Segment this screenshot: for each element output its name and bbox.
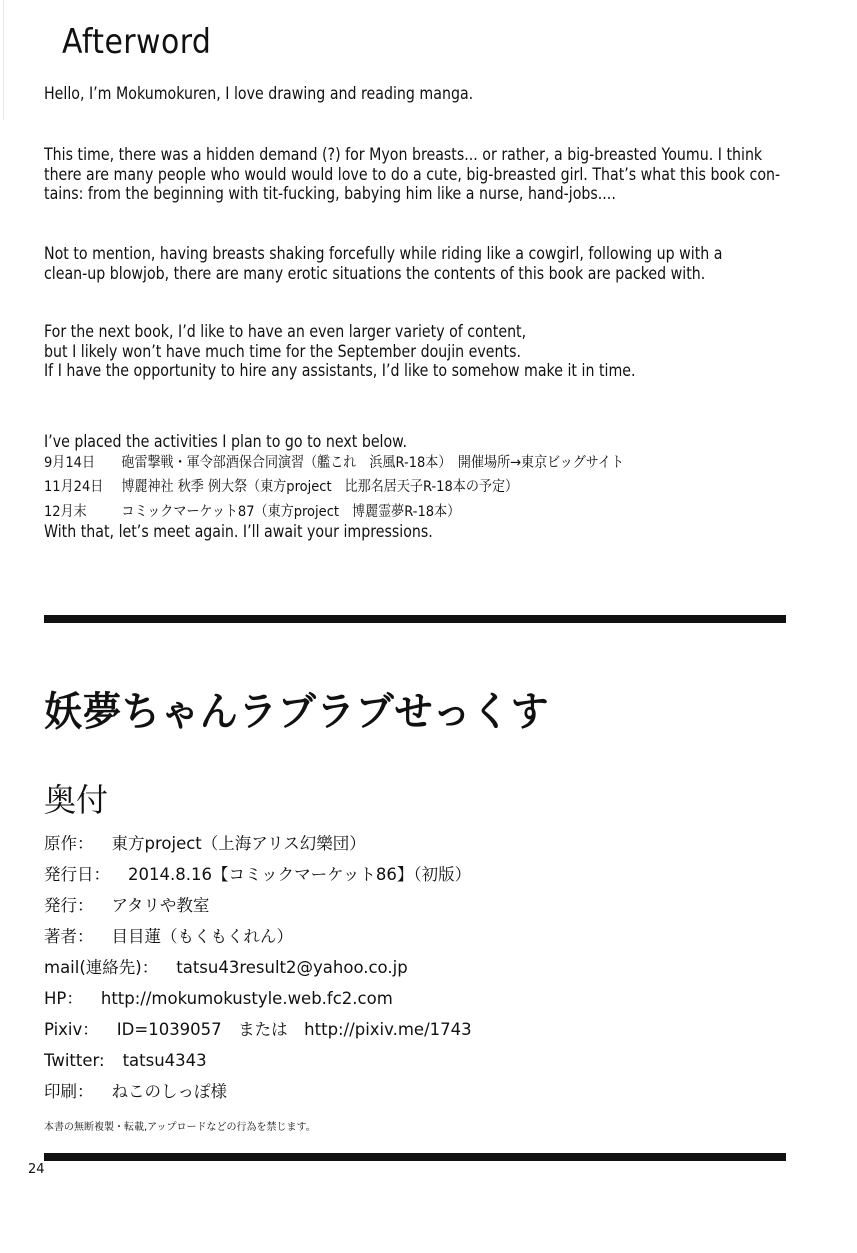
- event-text: 博麗神社 秋季 例大祭（東方project 比那名居天子R-18本の予定）: [121, 479, 518, 495]
- afterword-paragraph-1: Hello, I’m Mokumokuren, I love drawing a…: [44, 84, 473, 104]
- event-schedule: 9月14日砲雷撃戦・軍令部酒保合同演習（艦これ 浜風R-18本） 開催場所→東京…: [44, 452, 624, 524]
- page-edge: [0, 0, 4, 120]
- text-line: For the next book, I’d like to have an e…: [44, 322, 636, 342]
- text-line: but I likely won’t have much time for th…: [44, 342, 636, 362]
- text-line: there are many people who would would lo…: [44, 165, 780, 185]
- colophon-value: 目目蓮（もくもくれん）: [112, 927, 294, 946]
- event-text: コミックマーケット87（東方project 博麗霊夢R-18本）: [121, 504, 460, 520]
- event-date: 12月末: [44, 500, 121, 524]
- afterword-paragraph-2: This time, there was a hidden demand (?)…: [44, 145, 780, 204]
- colophon-value: ねこのしっぽ様: [112, 1082, 228, 1101]
- colophon-value: アタリや教室: [112, 896, 210, 915]
- colophon-value: tatsu4343: [123, 1051, 207, 1070]
- colophon-row-author: 著者：目目蓮（もくもくれん）: [44, 921, 472, 952]
- colophon-label: 著者：: [44, 921, 94, 952]
- text-line: tains: from the beginning with tit-fucki…: [44, 184, 780, 204]
- event-text: 砲雷撃戦・軍令部酒保合同演習（艦これ 浜風R-18本） 開催場所→東京ビッグサイ…: [121, 455, 624, 471]
- colophon-value: ID=1039057 または http://pixiv.me/1743: [117, 1020, 472, 1039]
- colophon-heading: 奥付: [44, 775, 108, 821]
- colophon-row-printer: 印刷：ねこのしっぽ様: [44, 1076, 472, 1107]
- colophon-row-pixiv: Pixiv：ID=1039057 または http://pixiv.me/174…: [44, 1014, 472, 1045]
- section-divider: [44, 615, 786, 623]
- text-line: clean-up blowjob, there are many erotic …: [44, 264, 722, 284]
- afterword-paragraph-3: Not to mention, having breasts shaking f…: [44, 244, 722, 283]
- colophon-value: tatsu43result2@yahoo.co.jp: [176, 958, 407, 977]
- colophon-row-homepage: HP：http://mokumokustyle.web.fc2.com: [44, 983, 472, 1014]
- text-line: If I have the opportunity to hire any as…: [44, 361, 636, 381]
- text-line: Hello, I’m Mokumokuren, I love drawing a…: [44, 84, 473, 104]
- colophon-row-publisher: 発行：アタリや教室: [44, 890, 472, 921]
- colophon-list: 原作：東方project（上海アリス幻樂団） 発行日：2014.8.16【コミッ…: [44, 828, 472, 1107]
- afterword-title: Afterword: [62, 22, 211, 62]
- text-line: Not to mention, having breasts shaking f…: [44, 244, 722, 264]
- event-row: 9月14日砲雷撃戦・軍令部酒保合同演習（艦これ 浜風R-18本） 開催場所→東京…: [44, 452, 624, 474]
- text-line: I’ve placed the activities I plan to go …: [44, 432, 407, 452]
- colophon-row-mail: mail(連絡先)：tatsu43result2@yahoo.co.jp: [44, 952, 472, 983]
- colophon-label: Twitter:: [44, 1045, 105, 1076]
- event-row: 11月24日博麗神社 秋季 例大祭（東方project 比那名居天子R-18本の…: [44, 474, 624, 500]
- colophon-label: 発行日：: [44, 859, 110, 890]
- colophon-row-original-work: 原作：東方project（上海アリス幻樂団）: [44, 828, 472, 859]
- copyright-notice: 本書の無断複製・転載,アップロードなどの行為を禁じます。: [44, 1118, 316, 1133]
- colophon-value: 東方project（上海アリス幻樂団）: [112, 834, 366, 853]
- colophon-row-release-date: 発行日：2014.8.16【コミックマーケット86】（初版）: [44, 859, 472, 890]
- colophon-row-twitter: Twitter:tatsu4343: [44, 1045, 472, 1076]
- colophon-label: 発行：: [44, 890, 94, 921]
- afterword-paragraph-4: For the next book, I’d like to have an e…: [44, 322, 636, 381]
- text-line: This time, there was a hidden demand (?)…: [44, 145, 780, 165]
- footer-divider: [44, 1153, 786, 1161]
- colophon-label: Pixiv：: [44, 1014, 99, 1045]
- colophon-label: mail(連絡先)：: [44, 952, 158, 983]
- event-row: 12月末コミックマーケット87（東方project 博麗霊夢R-18本）: [44, 500, 624, 524]
- colophon-label: 原作：: [44, 828, 94, 859]
- event-date: 11月24日: [44, 474, 121, 500]
- page-number: 24: [28, 1162, 45, 1177]
- colophon-value: 2014.8.16【コミックマーケット86】（初版）: [128, 865, 471, 884]
- closing-line: With that, let’s meet again. I’ll await …: [44, 522, 433, 541]
- colophon-value: http://mokumokustyle.web.fc2.com: [101, 989, 393, 1008]
- event-date: 9月14日: [44, 452, 121, 474]
- afterword-paragraph-5: I’ve placed the activities I plan to go …: [44, 432, 407, 452]
- colophon-label: 印刷：: [44, 1076, 94, 1107]
- colophon-label: HP：: [44, 983, 83, 1014]
- book-title: 妖夢ちゃんラブラブせっくす: [44, 680, 550, 737]
